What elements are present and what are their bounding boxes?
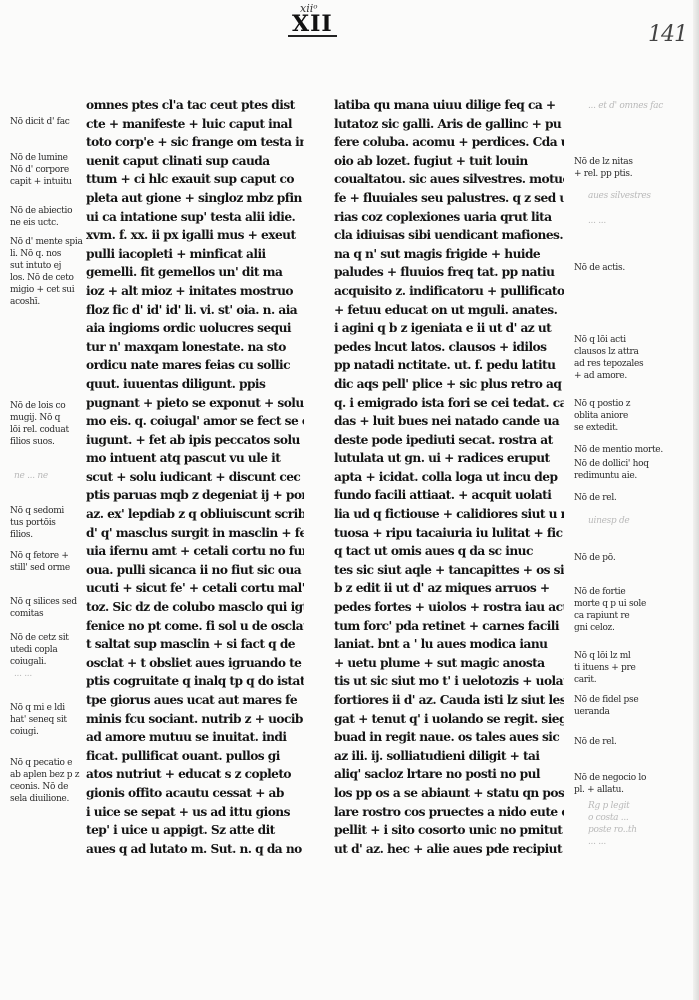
margin-note-line: Nō de dollici' hoq: [574, 458, 649, 470]
manuscript-page: xiiᵒ XII 141 omnes ptes cl'a tac ceut pt…: [0, 0, 699, 1000]
margin-note-line: poste ro..th: [588, 824, 637, 836]
margin-note-line: utedi copla: [10, 644, 69, 656]
margin-note: Nō q lōi lz mlti ituens + precarit.: [574, 650, 636, 686]
text-line: ucuti + sicut fe' + cetali cortu mal' fe: [86, 579, 304, 598]
text-line: oio ab lozet. fugiut + tuit louin: [334, 152, 564, 171]
margin-note: Nō de lois comugij. Nō qlōi rel. coduatf…: [10, 400, 69, 448]
text-line: uenit caput clinati sup cauda: [86, 152, 304, 171]
margin-note: Nō q sedomitus portōisfilios.: [10, 505, 64, 541]
margin-note: Nō de cetz situtedi coplacoiugali.: [10, 632, 69, 668]
margin-note-line: Nō de actis.: [574, 262, 625, 274]
margin-note-line: Nō de negocio lo: [574, 772, 646, 784]
text-line: pedes fortes + uiolos + rostra iau acu: [334, 598, 564, 617]
text-line: tes sic siut aqle + tancapittes + os sic…: [334, 561, 564, 580]
margin-note-line: sut intuto ej: [10, 260, 83, 272]
text-line: pedes lncut latos. clausos + idilos: [334, 338, 564, 357]
text-line: na q n' sut magis frigide + huide: [334, 245, 564, 264]
margin-note: Nō de actis.: [574, 262, 625, 274]
margin-note-line: aues silvestres: [588, 190, 651, 202]
margin-note-line: los. Nō de ceto: [10, 272, 83, 284]
text-line: + fetuu educat on ut mguli. anates.: [334, 301, 564, 320]
margin-note-line: Nō de lois co: [10, 400, 69, 412]
margin-note-line: Nō de rel.: [574, 492, 616, 504]
margin-note-line: Nō q mi e ldi: [10, 702, 67, 714]
margin-note-line: ti ituens + pre: [574, 662, 636, 674]
text-line: minis fcu sociant. nutrib z + uocib z: [86, 710, 304, 729]
text-line: ut d' az. hec + alie aues pde recipiut: [334, 840, 564, 859]
text-column-right: latiba qu mana uiuu dilige feq ca +lutat…: [334, 96, 564, 858]
faded-margin-note: uinesp de: [588, 515, 629, 527]
margin-note: Nō dicit d' fac: [10, 116, 70, 128]
faded-margin-note: ... et d' omnes fac: [588, 100, 663, 112]
margin-note-line: ne ... ne: [14, 470, 48, 482]
text-line: toto corp'e + sic frange om testa in: [86, 133, 304, 152]
margin-note: Nō q postio zoblita aniorese extedit.: [574, 398, 630, 434]
faded-margin-note: ... ...: [588, 215, 606, 227]
text-line: fere coluba. acomu + perdices. Cda u: [334, 133, 564, 152]
text-line: t saltat sup masclin + si fact q de: [86, 635, 304, 654]
margin-note: Nō de pō.: [574, 552, 615, 564]
text-line: latiba qu mana uiuu dilige feq ca +: [334, 96, 564, 115]
margin-note-line: Nō d' mente spia: [10, 236, 83, 248]
margin-note-line: Nō dicit d' fac: [10, 116, 70, 128]
text-line: pugnant + pieto se exponut + solu: [86, 394, 304, 413]
text-line: fe + fluuiales seu palustres. q z sed ua: [334, 189, 564, 208]
margin-note-line: Nō de mentio morte.: [574, 444, 663, 456]
faded-margin-note: Rg p legito costa ...poste ro..th... ...: [588, 800, 637, 848]
text-line: tpe giorus aues ucat aut mares fe: [86, 691, 304, 710]
margin-note-line: li. Nō q. nos: [10, 248, 83, 260]
margin-note: Nō d' mente spiali. Nō q. nossut intuto …: [10, 236, 83, 308]
margin-note: Nō q mi e ldihat' seneq sitcoiugi.: [10, 702, 67, 738]
margin-note-line: Nō de lumine: [10, 152, 72, 164]
margin-note-line: Nō q lōi lz ml: [574, 650, 636, 662]
text-line: dic aqs pell' plice + sic plus retro aq: [334, 375, 564, 394]
text-line: buad in regit naue. os tales aues sic: [334, 728, 564, 747]
margin-note-line: ad res tepozales: [574, 358, 643, 370]
margin-note: Nō de rel.: [574, 492, 616, 504]
text-line: toz. Sic dz de colubo masclo qui igt: [86, 598, 304, 617]
margin-note: Nō de negocio lopl. + allatu.: [574, 772, 646, 796]
faded-margin-note: aues silvestres: [588, 190, 651, 202]
text-line: q tact ut omis aues q da sc inuc: [334, 542, 564, 561]
text-line: scut + solu iudicant + discunt cec: [86, 468, 304, 487]
faded-margin-note: ... ...: [14, 668, 32, 680]
margin-note-line: mugij. Nō q: [10, 412, 69, 424]
margin-note-line: Nō q silices sed: [10, 596, 77, 608]
folio-number: 141: [648, 22, 687, 47]
text-line: tis ut sic siut mo t' i uelotozis + uola…: [334, 672, 564, 691]
text-line: az. ex' lepdiab z q obliuiscunt scrib: [86, 505, 304, 524]
margin-note-line: Nō q fetore +: [10, 550, 70, 562]
text-line: lutulata ut gn. ui + radices eruput: [334, 449, 564, 468]
margin-note: Nō q lōi acticlausos lz attraad res tepo…: [574, 334, 643, 382]
margin-note-line: ab aplen bez p z: [10, 769, 79, 781]
margin-note-line: oblita aniore: [574, 410, 630, 422]
text-line: tep' i uice u appigt. Sz atte dit: [86, 821, 304, 840]
text-line: fortiores ii d' az. Cauda isti lz siut l…: [334, 691, 564, 710]
text-line: i agini q b z igeniata e ii ut d' az ut: [334, 319, 564, 338]
margin-note-line: ca rapiunt re: [574, 610, 646, 622]
text-line: aues q ad lutato m. Sut. n. q da no: [86, 840, 304, 859]
margin-note-line: Nō q lōi acti: [574, 334, 643, 346]
text-line: ordicu nate mares feias cu sollic: [86, 356, 304, 375]
faded-margin-note: ne ... ne: [14, 470, 48, 482]
text-line: aliq' sacloz lrtare no posti no pul: [334, 765, 564, 784]
margin-note-line: + ad amore.: [574, 370, 643, 382]
text-line: paludes + fluuios freq tat. pp natiu: [334, 263, 564, 282]
text-line: uia ifernu amt + cetali cortu no funt: [86, 542, 304, 561]
text-line: pleta aut gione + singloz mbz pfin: [86, 189, 304, 208]
text-line: laniat. bnt a ' lu aues modica ianu: [334, 635, 564, 654]
text-line: ptis cogruitate q inalq tp q do istat: [86, 672, 304, 691]
margin-note-line: still' sed orme: [10, 562, 70, 574]
text-line: q. i emigrado ista fori se cei tedat. ca…: [334, 394, 564, 413]
margin-note-line: Nō d' corpore: [10, 164, 72, 176]
text-line: pellit + i sito cosorto unic no pmitut: [334, 821, 564, 840]
text-line: apta + icidat. colla loga ut incu dep: [334, 468, 564, 487]
text-line: pulli iacopleti + minficat alii: [86, 245, 304, 264]
margin-note-line: tus portōis: [10, 517, 64, 529]
margin-note-line: ... ...: [588, 215, 606, 227]
text-column-left: omnes ptes cl'a tac ceut ptes distcte + …: [86, 96, 304, 858]
margin-note-line: ... et d' omnes fac: [588, 100, 663, 112]
margin-note-line: capit + intuitu: [10, 176, 72, 188]
margin-note: Nō de rel.: [574, 736, 616, 748]
margin-note: Nō de lumineNō d' corporecapit + intuitu: [10, 152, 72, 188]
text-line: ptis paruas mqb z degeniat ij + port: [86, 486, 304, 505]
text-line: + uetu plume + sut magic anosta: [334, 654, 564, 673]
text-line: lare rostro cos pruectes a nido eute co: [334, 803, 564, 822]
margin-note-line: Nō de fidel pse: [574, 694, 638, 706]
margin-note-line: Nō de cetz sit: [10, 632, 69, 644]
margin-note-line: hat' seneq sit: [10, 714, 67, 726]
margin-note-line: se extedit.: [574, 422, 630, 434]
margin-note: Nō q pecatio eab aplen bez p zceonis. Nō…: [10, 757, 79, 805]
margin-note-line: Nō de lz nitas: [574, 156, 633, 168]
text-line: gemelli. fit gemellos un' dit ma: [86, 263, 304, 282]
text-line: lia ud q fictiouse + calidiores siut u m…: [334, 505, 564, 524]
text-line: tuosa + ripu tacaiuria iu lulitat + fic: [334, 524, 564, 543]
margin-note: Nō de dollici' hoqredimuntu aie.: [574, 458, 649, 482]
margin-note-line: Rg p legit: [588, 800, 637, 812]
text-line: ad amore mutuu se inuitat. indi: [86, 728, 304, 747]
margin-note-line: ... ...: [14, 668, 32, 680]
margin-note-line: carit.: [574, 674, 636, 686]
text-line: mo intuent atq pascut vu ule it: [86, 449, 304, 468]
margin-note-line: o costa ...: [588, 812, 637, 824]
text-line: oua. pulli sicanca ii no fiut sic oua: [86, 561, 304, 580]
page-edge-shadow: [693, 0, 699, 1000]
text-line: mo eis. q. coiugal' amor se fect se co: [86, 412, 304, 431]
text-line: i uice se sepat + us ad ittu gions: [86, 803, 304, 822]
text-line: fenice no pt come. fi sol u de osclati: [86, 617, 304, 636]
margin-note: Nō de fidel pseueranda: [574, 694, 638, 718]
text-line: xvm. f. xx. ii px igalli mus + exeut: [86, 226, 304, 245]
text-line: d' q' masclus surgit in masclin + fe: [86, 524, 304, 543]
margin-note-line: filios.: [10, 529, 64, 541]
text-line: tur n' maxqam lonestate. na sto: [86, 338, 304, 357]
margin-note-line: coiugi.: [10, 726, 67, 738]
margin-note-line: coiugali.: [10, 656, 69, 668]
text-line: coualtatou. sic aues silvestres. motuo: [334, 170, 564, 189]
chapter-heading: XII: [288, 13, 337, 37]
margin-note: Nō de mentio morte.: [574, 444, 663, 456]
text-line: gat + tenut q' i uolando se regit. siegu: [334, 710, 564, 729]
text-line: cla idiuisas sibi uendicant mafiones.: [334, 226, 564, 245]
margin-note-line: comitas: [10, 608, 77, 620]
text-line: tum forc' pda retinet + carnes facili: [334, 617, 564, 636]
text-line: iugunt. + fet ab ipis peccatos solu: [86, 431, 304, 450]
margin-note: Nō q silices sedcomitas: [10, 596, 77, 620]
margin-note-line: Nō de abiectio: [10, 205, 72, 217]
margin-note-line: filios suos.: [10, 436, 69, 448]
margin-note: Nō q fetore +still' sed orme: [10, 550, 70, 574]
margin-note: Nō de fortiemorte q p ui soleca rapiunt …: [574, 586, 646, 634]
margin-note-line: Nō q postio z: [574, 398, 630, 410]
text-line: floz fic d' id' id' li. vi. st' oia. n. …: [86, 301, 304, 320]
text-line: az ili. ij. solliatudieni diligit + tai: [334, 747, 564, 766]
text-line: deste pode ipediuti secat. rostra at: [334, 431, 564, 450]
text-line: atos nutriut + educat s z copleto: [86, 765, 304, 784]
margin-note-line: Nō q pecatio e: [10, 757, 79, 769]
text-line: ui ca intatione sup' testa alii idie.: [86, 208, 304, 227]
margin-note-line: migio + cet sui: [10, 284, 83, 296]
text-line: rias coz coplexiones uaria qrut lita: [334, 208, 564, 227]
margin-note-line: Nō de rel.: [574, 736, 616, 748]
text-line: lutatoz sic galli. Aris de gallinc + pu: [334, 115, 564, 134]
text-line: cte + manifeste + luic caput inal: [86, 115, 304, 134]
margin-note-line: ... ...: [588, 836, 637, 848]
margin-note-line: redimuntu aie.: [574, 470, 649, 482]
text-line: omnes ptes cl'a tac ceut ptes dist: [86, 96, 304, 115]
margin-note-line: ueranda: [574, 706, 638, 718]
text-line: los pp os a se abiaunt + statu qn post n…: [334, 784, 564, 803]
text-line: aia ingioms ordic uolucres sequi: [86, 319, 304, 338]
text-line: b z edit ii ut d' az miques arruos +: [334, 579, 564, 598]
margin-note-line: ceonis. Nō de: [10, 781, 79, 793]
text-line: fundo facili attiaat. + acquit uolati: [334, 486, 564, 505]
text-line: quut. iuuentas diligunt. ppis: [86, 375, 304, 394]
margin-note-line: acoshī.: [10, 296, 83, 308]
margin-note-line: + rel. pp ptis.: [574, 168, 633, 180]
margin-note-line: Nō de pō.: [574, 552, 615, 564]
margin-note-line: uinesp de: [588, 515, 629, 527]
margin-note: Nō de lz nitas+ rel. pp ptis.: [574, 156, 633, 180]
margin-note-line: clausos lz attra: [574, 346, 643, 358]
margin-note: Nō de abiectione eis uctc.: [10, 205, 72, 229]
text-line: osclat + t obsliet aues igruando te: [86, 654, 304, 673]
text-line: ttum + ci hlc exauit sup caput co: [86, 170, 304, 189]
text-line: gionis offito acautu cessat + ab: [86, 784, 304, 803]
margin-note-line: gni celoz.: [574, 622, 646, 634]
margin-note-line: Nō de fortie: [574, 586, 646, 598]
margin-note-line: morte q p ui sole: [574, 598, 646, 610]
margin-note-line: sela diuilione.: [10, 793, 79, 805]
margin-note-line: ne eis uctc.: [10, 217, 72, 229]
margin-note-line: pl. + allatu.: [574, 784, 646, 796]
text-line: acquisito z. indificatoru + pullificato …: [334, 282, 564, 301]
text-line: ioz + alt mioz + initates mostruo: [86, 282, 304, 301]
margin-note-line: Nō q sedomi: [10, 505, 64, 517]
margin-note-line: lōi rel. coduat: [10, 424, 69, 436]
text-line: ficat. pullificat ouant. pullos gi: [86, 747, 304, 766]
text-line: pp natadi nctitate. ut. f. pedu latitu: [334, 356, 564, 375]
text-line: das + luit bues nei natado cande ua: [334, 412, 564, 431]
